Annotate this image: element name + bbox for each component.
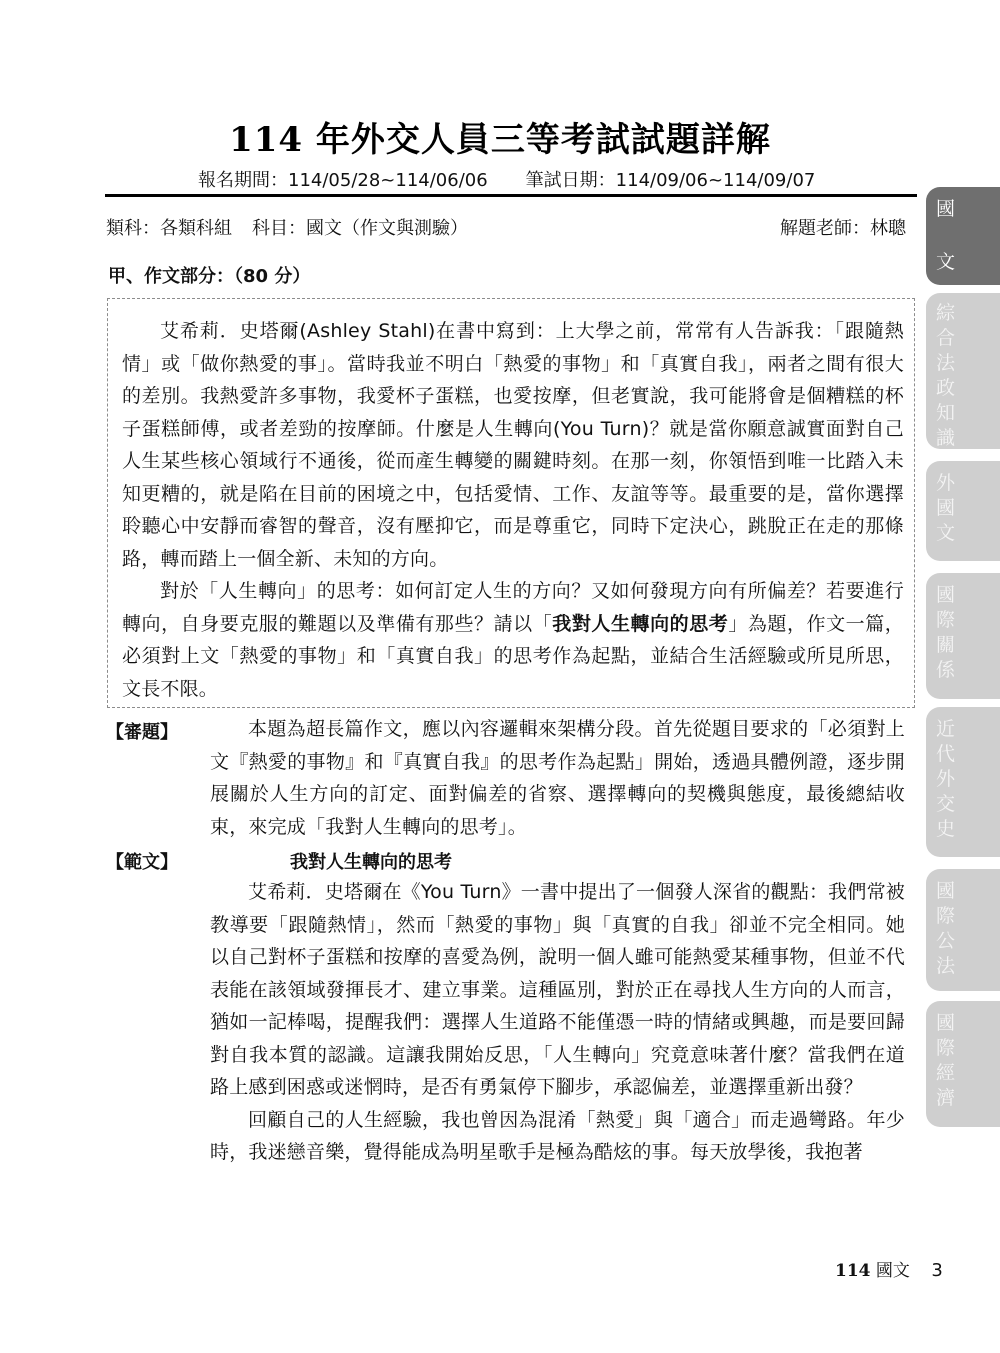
tab-char: 交 [936,792,955,817]
footer-subject: 國文 [876,1261,910,1281]
tab-chinese[interactable]: 國 文 [926,187,1000,285]
analysis-text: 本題為超長篇作文，應以內容邏輯來架構分段。首先從題目要求的「必須對上文『熱愛的事… [210,713,905,843]
registration-period: 114/05/28~114/06/06 [288,170,488,191]
tab-char: 際 [936,608,955,633]
tab-foreign-language[interactable]: 外 國 文 [926,461,1000,561]
tab-char: 國 [936,197,955,222]
page-number: 3 [931,1260,942,1281]
tab-char: 識 [936,426,955,451]
tab-international-economics[interactable]: 國 際 經 濟 [926,1001,1000,1127]
sample-label: 【範文】 [106,848,178,874]
tab-char: 文 [936,521,955,546]
exam-dates: 報名期間：114/05/28~114/06/06筆試日期：114/09/06~1… [198,166,815,192]
tab-law-politics[interactable]: 綜 合 法 政 知 識 [926,293,1000,449]
tab-char: 代 [936,742,955,767]
tab-international-law[interactable]: 國 際 公 法 [926,869,1000,991]
analysis-body: 本題為超長篇作文，應以內容邏輯來架構分段。首先從題目要求的「必須對上文『熱愛的事… [210,713,905,843]
tab-char: 際 [936,904,955,929]
tab-char: 外 [936,471,955,496]
question-box: 艾希莉．史塔爾(Ashley Stahl)在書中寫到：上大學之前，常常有人告訴我… [107,298,915,708]
tab-char: 係 [936,658,955,683]
tab-char: 國 [936,583,955,608]
tab-char: 濟 [936,1086,955,1111]
tab-char: 史 [936,817,955,842]
analysis-label: 【審題】 [106,718,178,744]
tab-char: 綜 [936,301,955,326]
exam-meta: 類科：各類科組科目：國文（作文與測驗） 解題老師：林聰 [106,214,906,240]
sample-body: 艾希莉．史塔爾在《You Turn》一書中提出了一個發人深省的觀點：我們常被教導… [210,876,905,1169]
category: 類科：各類科組 [106,218,232,239]
registration-label: 報名期間： [198,170,288,191]
page-title: 114 年外交人員三等考試試題詳解 [0,112,1000,161]
exam-label: 筆試日期： [526,170,616,191]
tab-char: 合 [936,326,955,351]
subject: 科目：國文（作文與測驗） [252,218,468,239]
essay-topic: 我對人生轉向的思考 [552,613,728,635]
teacher: 解題老師：林聰 [780,214,906,240]
tab-char: 文 [936,250,955,275]
page-footer: 114 國文 3 [835,1256,943,1281]
tab-char: 法 [936,351,955,376]
tab-char: 國 [936,879,955,904]
tab-char: 知 [936,401,955,426]
tab-char: 際 [936,1036,955,1061]
tab-char: 國 [936,1011,955,1036]
sample-paragraph-1: 艾希莉．史塔爾在《You Turn》一書中提出了一個發人深省的觀點：我們常被教導… [210,876,905,1104]
tab-modern-diplomatic-history[interactable]: 近 代 外 交 史 [926,707,1000,857]
header-divider [105,194,917,197]
tab-char: 法 [936,954,955,979]
tab-char: 關 [936,633,955,658]
tab-char: 政 [936,376,955,401]
question-paragraph-2: 對於「人生轉向」的思考：如何訂定人生的方向？又如何發現方向有所偏差？若要進行轉向… [122,575,904,705]
section-heading: 甲、作文部分：（80 分） [108,262,310,288]
question-paragraph-1: 艾希莉．史塔爾(Ashley Stahl)在書中寫到：上大學之前，常常有人告訴我… [122,315,904,575]
sample-paragraph-2: 回顧自己的人生經驗，我也曾因為混淆「熱愛」與「適合」而走過彎路。年少時，我迷戀音… [210,1104,905,1169]
tab-char: 國 [936,496,955,521]
essay-title: 我對人生轉向的思考 [290,848,452,874]
tab-char: 公 [936,929,955,954]
tab-char: 近 [936,717,955,742]
tab-international-relations[interactable]: 國 際 關 係 [926,573,1000,699]
exam-period: 114/09/06~114/09/07 [616,170,816,191]
tab-char: 外 [936,767,955,792]
footer-year: 114 [835,1261,871,1281]
tab-char: 經 [936,1061,955,1086]
